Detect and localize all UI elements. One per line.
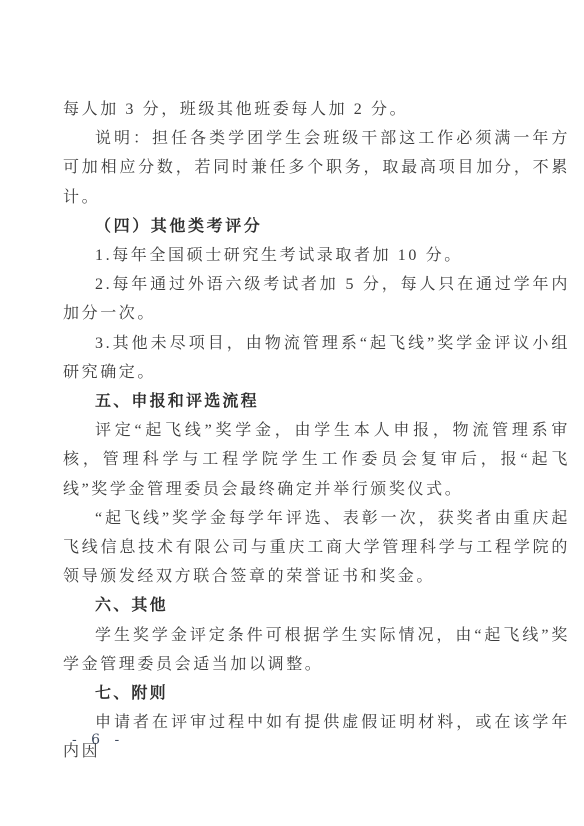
paragraph: 2.每年通过外语六级考试者加 5 分，每人只在通过学年内加分一次。 (63, 270, 570, 328)
section-heading: 五、申报和评选流程 (63, 387, 570, 416)
paragraph: 申请者在评审过程中如有提供虚假证明材料，或在该学年内因 (63, 708, 570, 766)
paragraph: 1.每年全国硕士研究生考试录取者加 10 分。 (63, 241, 570, 270)
section-heading: 七、附则 (63, 679, 570, 708)
paragraph: 评定“起飞线”奖学金，由学生本人申报，物流管理系审核，管理科学与工程学院学生工作… (63, 416, 570, 504)
paragraph: 每人加 3 分，班级其他班委每人加 2 分。 (63, 95, 570, 124)
section-heading: （四）其他类考评分 (63, 212, 570, 241)
section-heading: 六、其他 (63, 591, 570, 620)
document-page: 每人加 3 分，班级其他班委每人加 2 分。说明：担任各类学团学生会班级干部这工… (0, 0, 584, 826)
page-number: - 6 - (72, 732, 124, 748)
paragraph: 说明：担任各类学团学生会班级干部这工作必须满一年方可加相应分数，若同时兼任多个职… (63, 124, 570, 212)
paragraph: 学生奖学金评定条件可根据学生实际情况，由“起飞线”奖学金管理委员会适当加以调整。 (63, 621, 570, 679)
paragraph: 3.其他未尽项目，由物流管理系“起飞线”奖学金评议小组研究确定。 (63, 329, 570, 387)
document-body: 每人加 3 分，班级其他班委每人加 2 分。说明：担任各类学团学生会班级干部这工… (63, 95, 570, 767)
paragraph: “起飞线”奖学金每学年评选、表彰一次，获奖者由重庆起飞线信息技术有限公司与重庆工… (63, 504, 570, 592)
